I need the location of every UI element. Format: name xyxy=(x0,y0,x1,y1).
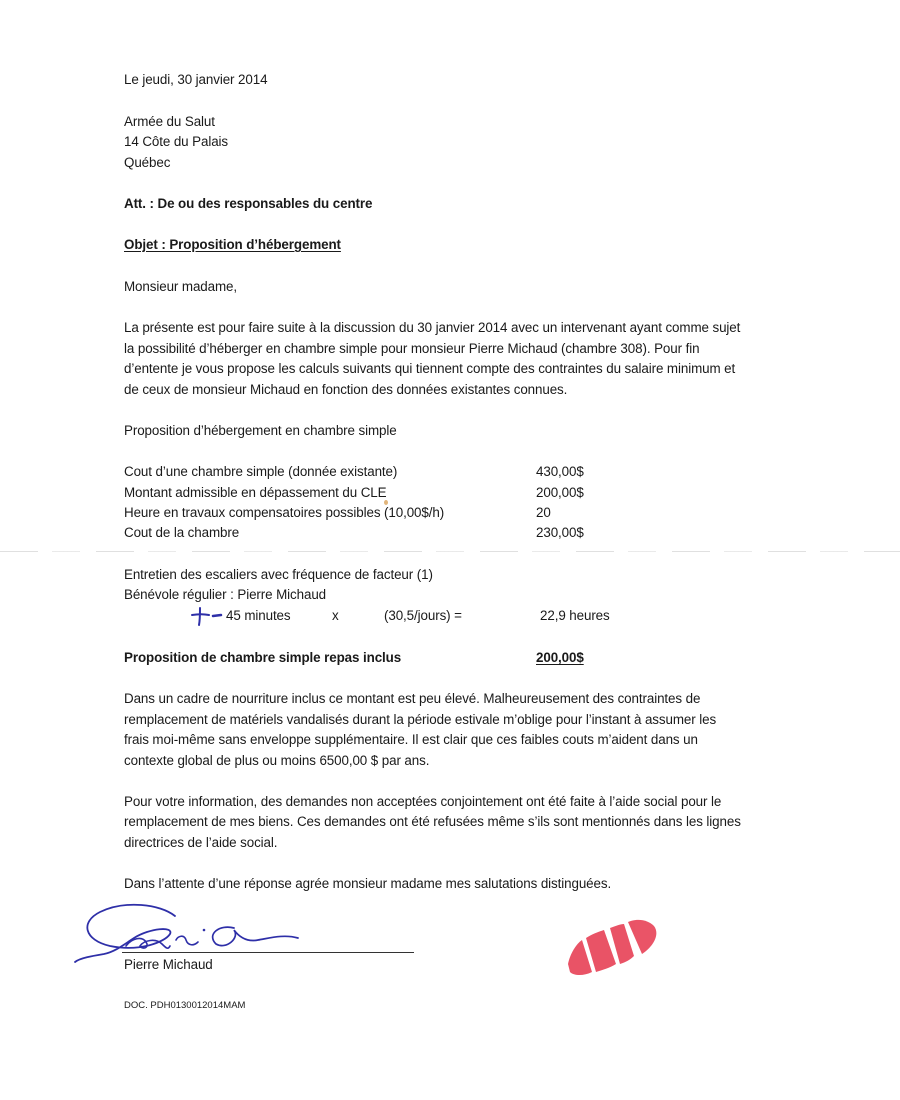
cost-row-label: Cout d’une chambre simple (donnée exista… xyxy=(124,462,397,482)
letter-date: Le jeudi, 30 janvier 2014 xyxy=(124,70,267,90)
paragraph-line: remplacement de matériels vandalisés dur… xyxy=(124,710,716,730)
paragraph-line: contexte global de plus ou moins 6500,00… xyxy=(124,751,429,771)
proposal-value: 200,00$ xyxy=(536,648,584,668)
signatory-name: Pierre Michaud xyxy=(124,955,213,975)
hours-result: 22,9 heures xyxy=(540,606,610,626)
salutation: Monsieur madame, xyxy=(124,277,237,297)
recipient-street: 14 Côte du Palais xyxy=(124,132,228,152)
intro-line: de ceux de monsieur Michaud en fonction … xyxy=(124,380,567,400)
handwritten-signature-icon xyxy=(70,898,370,968)
cost-row-label: Montant admissible en dépassement du CLE xyxy=(124,483,386,503)
cost-row-value: 200,00$ xyxy=(536,483,584,503)
paragraph-line: Pour votre information, des demandes non… xyxy=(124,792,721,812)
subject-line: Objet : Proposition d’hébergement xyxy=(124,235,341,255)
cost-row-value: 230,00$ xyxy=(536,523,584,543)
volunteer-line: Bénévole régulier : Pierre Michaud xyxy=(124,585,326,605)
paragraph-line: remplacement de mes biens. Ces demandes … xyxy=(124,812,741,832)
red-stamp-icon xyxy=(564,912,664,982)
duration: 45 minutes xyxy=(226,606,291,626)
attention-line: Att. : De ou des responsables du centre xyxy=(124,194,372,214)
paragraph-line: Dans un cadre de nourriture inclus ce mo… xyxy=(124,689,700,709)
intro-line: d’entente je vous propose les calculs su… xyxy=(124,359,735,379)
scan-artifact-line xyxy=(0,551,900,552)
maintenance-line: Entretien des escaliers avec fréquence d… xyxy=(124,565,433,585)
section-title: Proposition d’hébergement en chambre sim… xyxy=(124,421,397,441)
signature-line xyxy=(122,952,414,953)
recipient-city: Québec xyxy=(124,153,170,173)
document-reference: DOC. PDH0130012014MAM xyxy=(124,996,245,1016)
cost-row-label: Heure en travaux compensatoires possible… xyxy=(124,503,444,523)
cost-row-value: 20 xyxy=(536,503,551,523)
paragraph-line: frais moi-même sans enveloppe supplément… xyxy=(124,730,698,750)
cost-row-label: Cout de la chambre xyxy=(124,523,239,543)
cost-row-value: 430,00$ xyxy=(536,462,584,482)
paper-stain xyxy=(384,500,388,505)
recipient-name: Armée du Salut xyxy=(124,112,215,132)
handwritten-plus-minus-icon xyxy=(190,604,226,628)
letter-page: Le jeudi, 30 janvier 2014 Armée du Salut… xyxy=(0,0,900,1100)
daily-rate: (30,5/jours) = xyxy=(384,606,462,626)
intro-line: La présente est pour faire suite à la di… xyxy=(124,318,740,338)
paragraph-line: directrices de l’aide social. xyxy=(124,833,277,853)
intro-line: la possibilité d’héberger en chambre sim… xyxy=(124,339,699,359)
multiply-sign: x xyxy=(332,606,339,626)
proposal-label: Proposition de chambre simple repas incl… xyxy=(124,648,401,668)
closing-line: Dans l’attente d’une réponse agrée monsi… xyxy=(124,874,611,894)
